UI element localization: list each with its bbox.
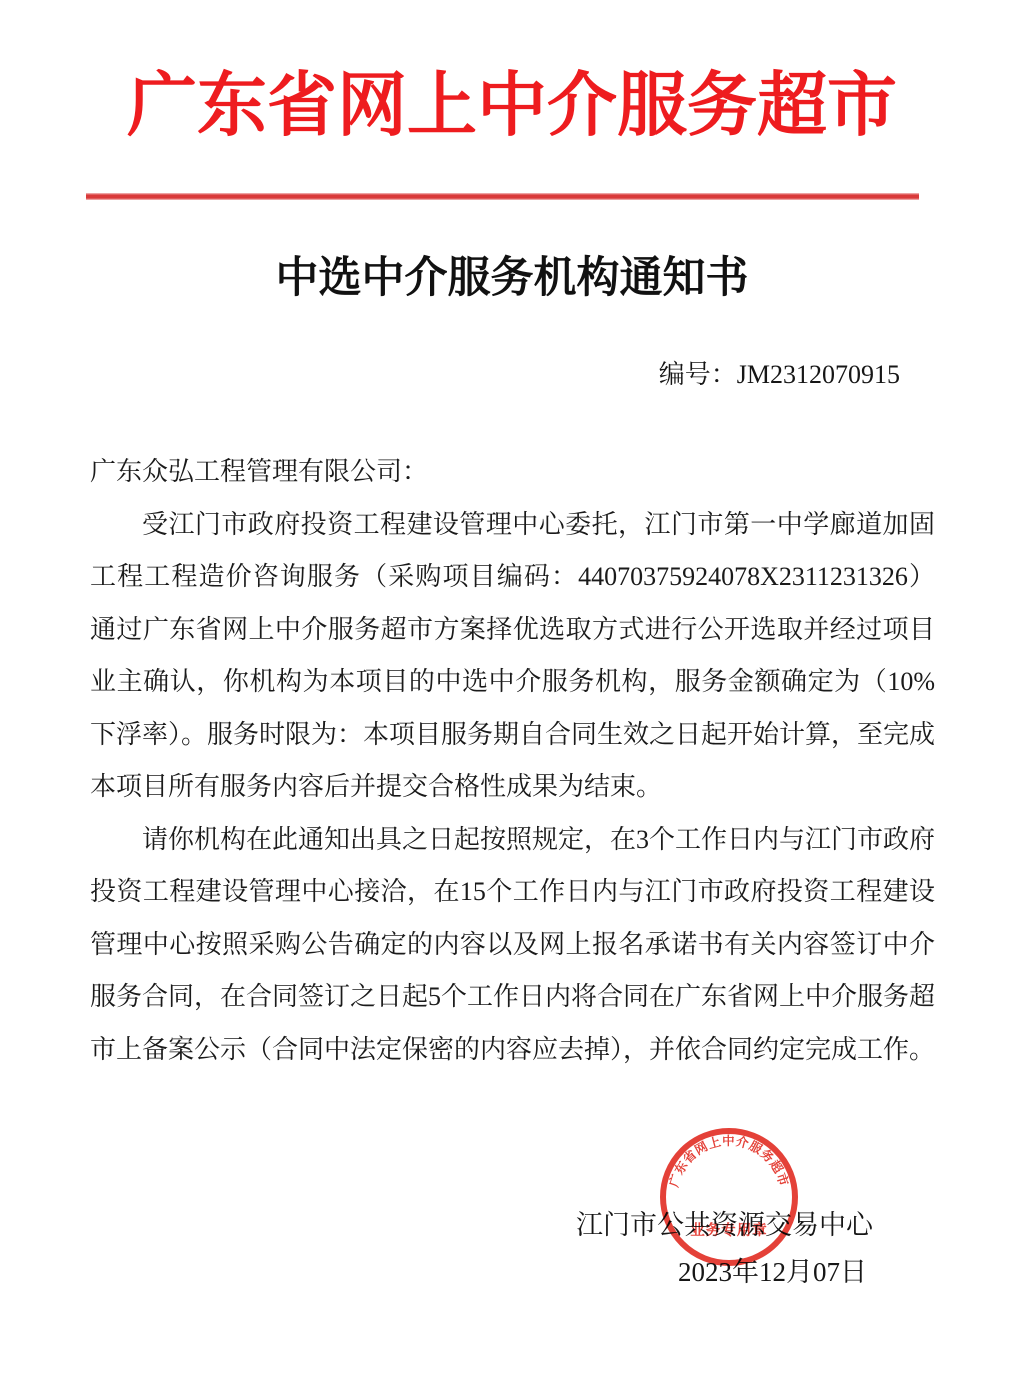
header-divider-rule xyxy=(86,193,919,200)
signature-block: 江门市公共资源交易中心 2023年12月07日 xyxy=(576,1202,873,1296)
document-number-line: 编号：JM2312070915 xyxy=(0,358,900,392)
notice-document-page: 广东省网上中介服务超市 中选中介服务机构通知书 编号：JM2312070915 … xyxy=(0,0,1024,1373)
site-title: 广东省网上中介服务超市 xyxy=(0,68,1024,145)
body-paragraph-1: 受江门市政府投资工程建设管理中心委托，江门市第一中学廊道加固工程工程造价咨询服务… xyxy=(90,499,935,814)
signature-organization: 江门市公共资源交易中心 xyxy=(576,1210,873,1240)
svg-text:广东省网上中介服务超市: 广东省网上中介服务超市 xyxy=(666,1133,792,1189)
document-body: 广东众弘工程管理有限公司： 受江门市政府投资工程建设管理中心委托，江门市第一中学… xyxy=(90,446,935,1076)
document-number-label: 编号： xyxy=(659,360,737,389)
seal-arc-text: 广东省网上中介服务超市 xyxy=(666,1133,792,1189)
body-paragraph-2: 请你机构在此通知出具之日起按照规定，在3个工作日内与江门市政府投资工程建设管理中… xyxy=(90,814,935,1077)
recipient-line: 广东众弘工程管理有限公司： xyxy=(90,446,935,499)
document-number-value: JM2312070915 xyxy=(737,360,900,389)
document-title: 中选中介服务机构通知书 xyxy=(0,252,1024,306)
signature-date: 2023年12月07日 xyxy=(576,1249,873,1296)
